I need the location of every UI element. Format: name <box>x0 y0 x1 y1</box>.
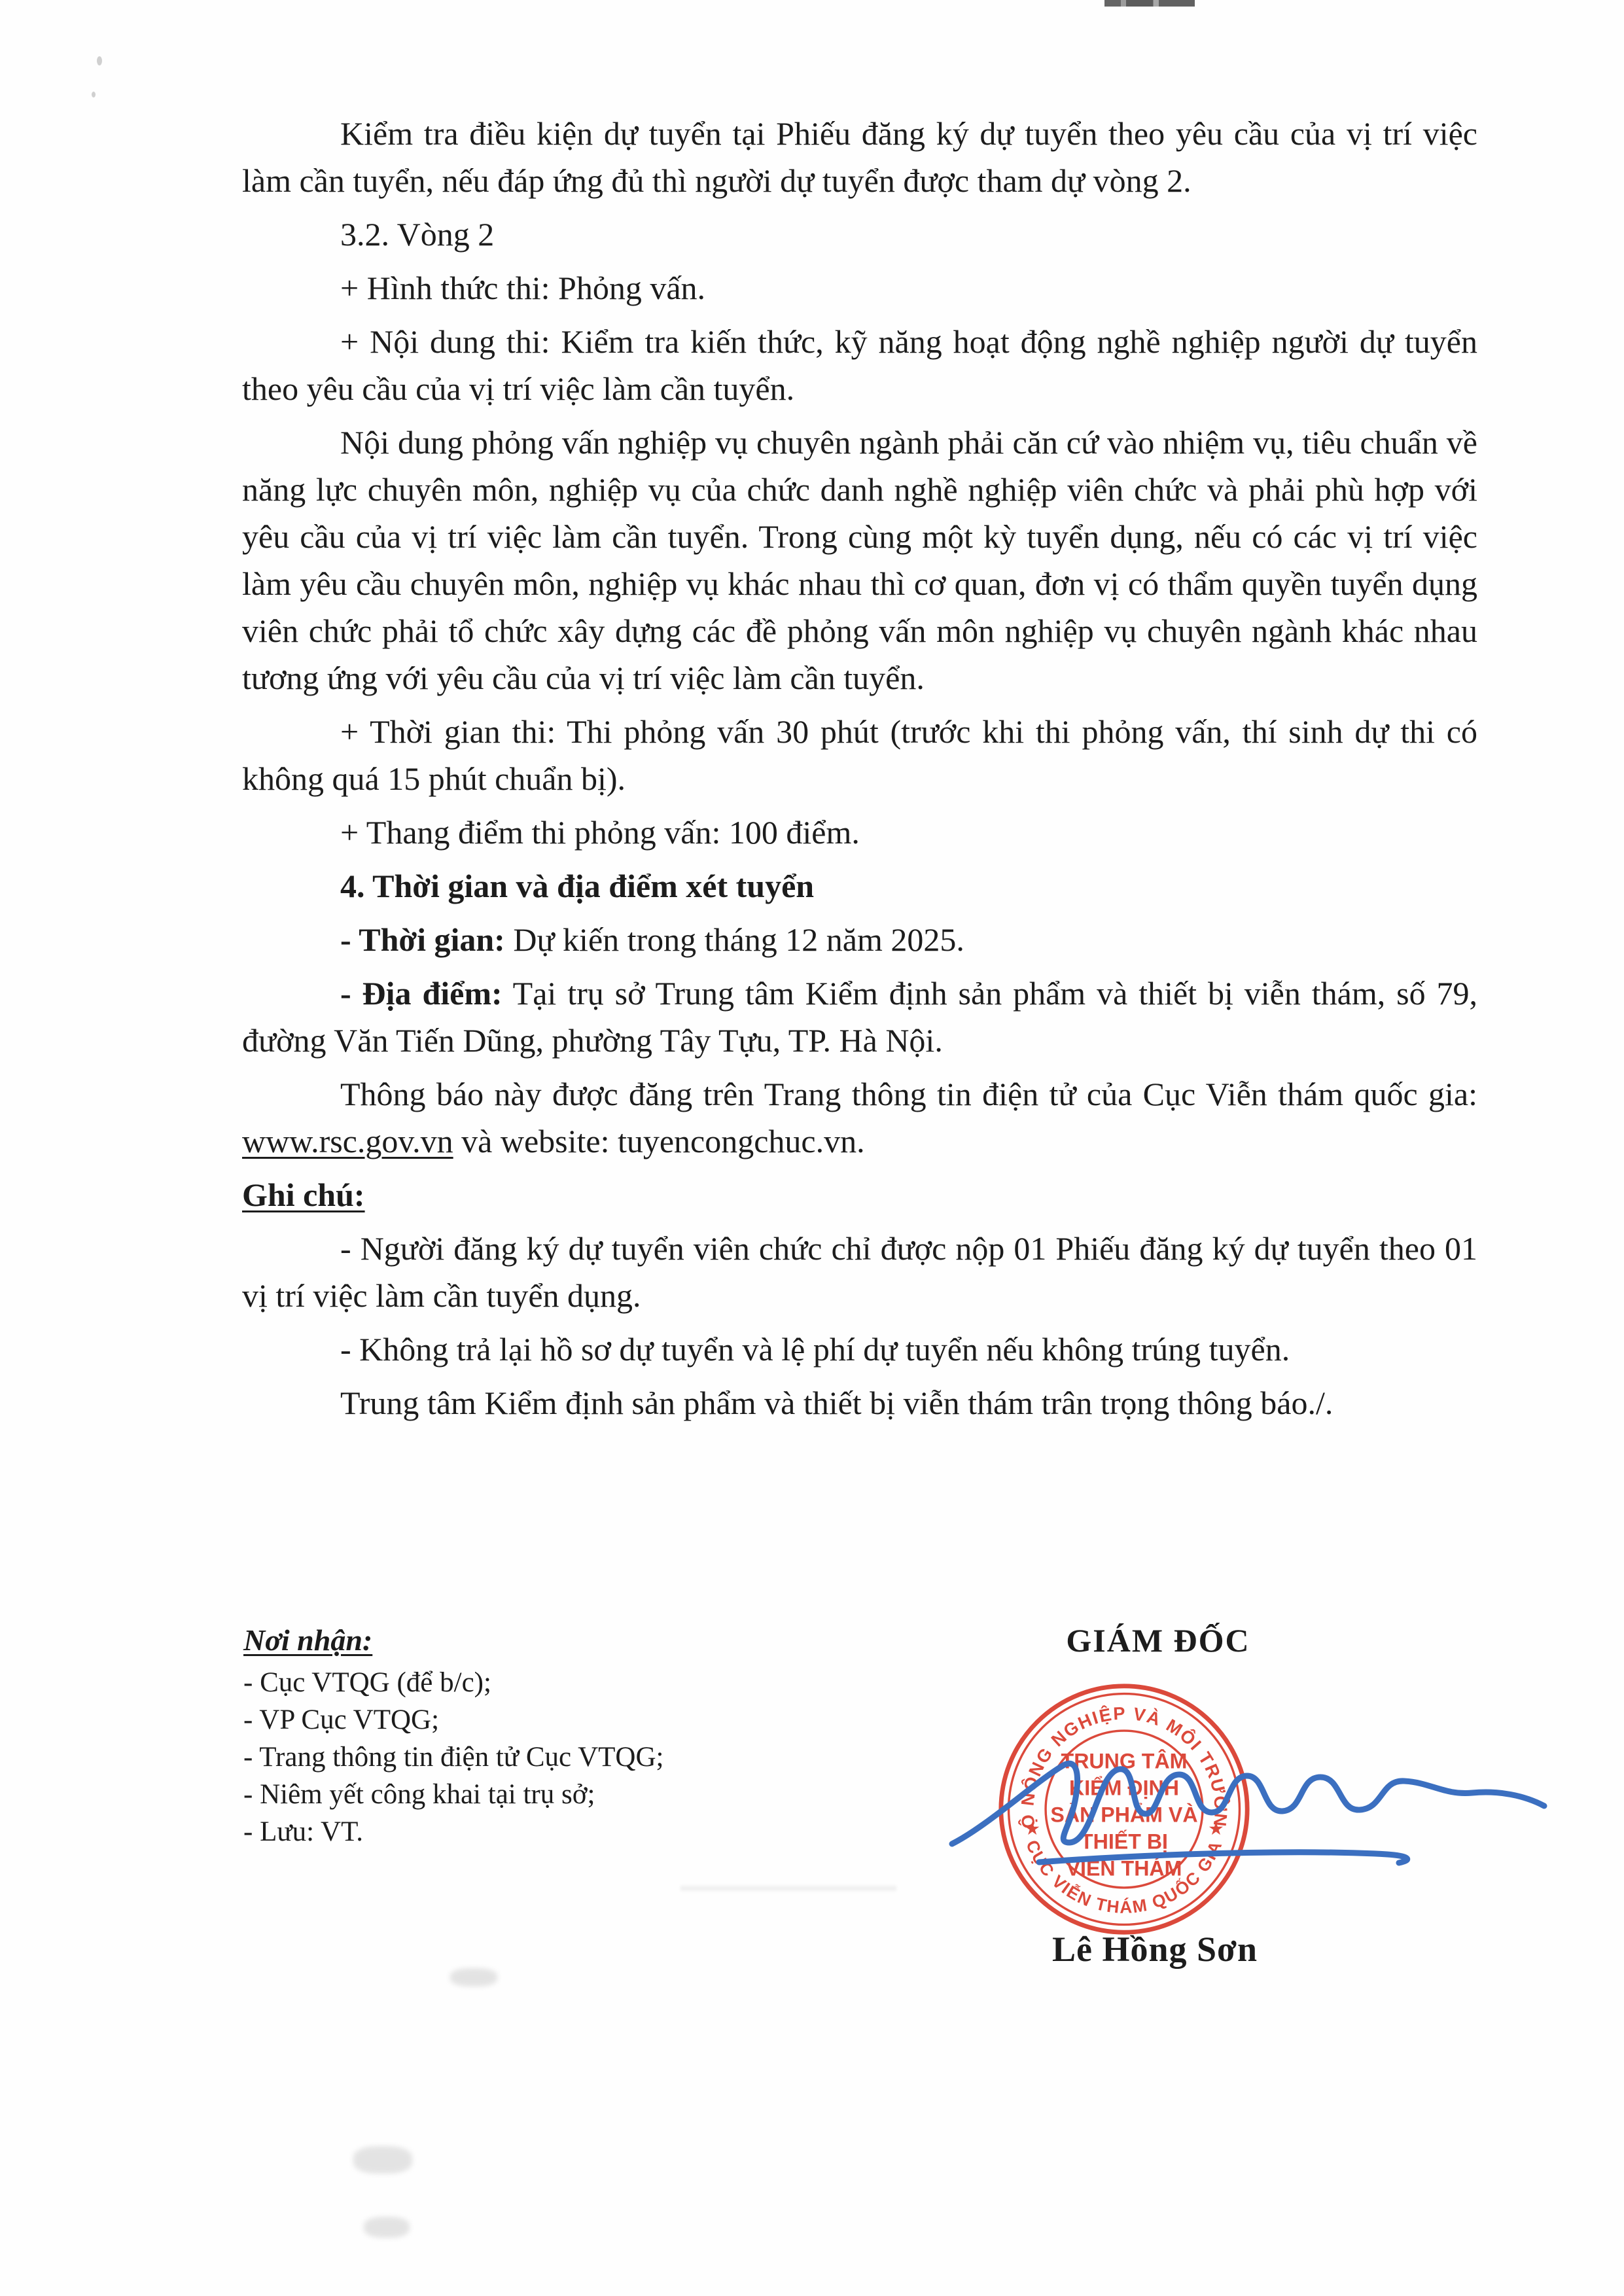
paragraph-exam-form: + Hình thức thi: Phỏng vấn. <box>242 264 1477 311</box>
recipient-item: - Trang thông tin điện tử Cục VTQG; <box>243 1739 832 1776</box>
recipient-item: - Lưu: VT. <box>243 1813 832 1850</box>
scan-artifact <box>680 1886 896 1891</box>
time-label: - Thời gian: <box>340 921 505 958</box>
announcement-text: Thông báo này được đăng trên Trang thông… <box>340 1076 1477 1112</box>
notes-heading: Ghi chú: <box>242 1171 1477 1218</box>
paragraph-note-1: - Người đăng ký dự tuyển viên chức chỉ đ… <box>242 1225 1477 1319</box>
paragraph-interview-content: Nội dung phỏng vấn nghiệp vụ chuyên ngàn… <box>242 419 1477 701</box>
paragraph-score-scale: + Thang điểm thi phỏng vấn: 100 điểm. <box>242 809 1477 856</box>
location-label: - Địa điểm: <box>340 975 503 1012</box>
scan-artifact <box>450 1968 497 1987</box>
handwritten-signature <box>929 1714 1570 1898</box>
signature-main-stroke <box>952 1763 1544 1844</box>
website-url: www.rsc.gov.vn <box>242 1123 453 1159</box>
document-body: Kiểm tra điều kiện dự tuyển tại Phiếu đă… <box>242 110 1477 1433</box>
recipients-heading: Nơi nhận: <box>243 1621 832 1659</box>
recipient-item: - Cục VTQG (để b/c); <box>243 1664 832 1701</box>
recipient-item: - VP Cục VTQG; <box>243 1701 832 1739</box>
notes-heading-label: Ghi chú: <box>242 1176 365 1213</box>
time-value: Dự kiến trong tháng 12 năm 2025. <box>505 921 964 958</box>
paragraph-location: - Địa điểm: Tại trụ sở Trung tâm Kiểm đị… <box>242 970 1477 1064</box>
paragraph-exam-content: + Nội dung thi: Kiểm tra kiến thức, kỹ n… <box>242 318 1477 412</box>
signature-underline-stroke <box>1039 1852 1407 1863</box>
heading-3-2: 3.2. Vòng 2 <box>242 211 1477 258</box>
recipients-block: Nơi nhận: - Cục VTQG (để b/c); - VP Cục … <box>243 1621 832 1850</box>
paragraph-note-2: - Không trả lại hồ sơ dự tuyển và lệ phí… <box>242 1326 1477 1373</box>
scan-artifact <box>364 2217 410 2238</box>
heading-4-time-location: 4. Thời gian và địa điểm xét tuyển <box>242 862 1477 910</box>
scan-artifact <box>92 92 96 97</box>
signer-title: GIÁM ĐỐC <box>1027 1621 1289 1659</box>
announcement-text-tail: và website: tuyencongchuc.vn. <box>453 1123 865 1159</box>
paragraph-announcement: Thông báo này được đăng trên Trang thông… <box>242 1070 1477 1165</box>
paragraph-closing: Trung tâm Kiểm định sản phẩm và thiết bị… <box>242 1379 1477 1426</box>
scan-artifact-top-edge <box>1104 0 1195 7</box>
paragraph-time: - Thời gian: Dự kiến trong tháng 12 năm … <box>242 916 1477 963</box>
paragraph-exam-time: + Thời gian thi: Thi phỏng vấn 30 phút (… <box>242 708 1477 802</box>
scanned-document-page: Kiểm tra điều kiện dự tuyển tại Phiếu đă… <box>0 0 1624 2296</box>
recipient-item: - Niêm yết công khai tại trụ sở; <box>243 1776 832 1813</box>
paragraph-round1-check: Kiểm tra điều kiện dự tuyển tại Phiếu đă… <box>242 110 1477 204</box>
scan-artifact <box>353 2146 412 2174</box>
scan-artifact <box>97 56 102 65</box>
